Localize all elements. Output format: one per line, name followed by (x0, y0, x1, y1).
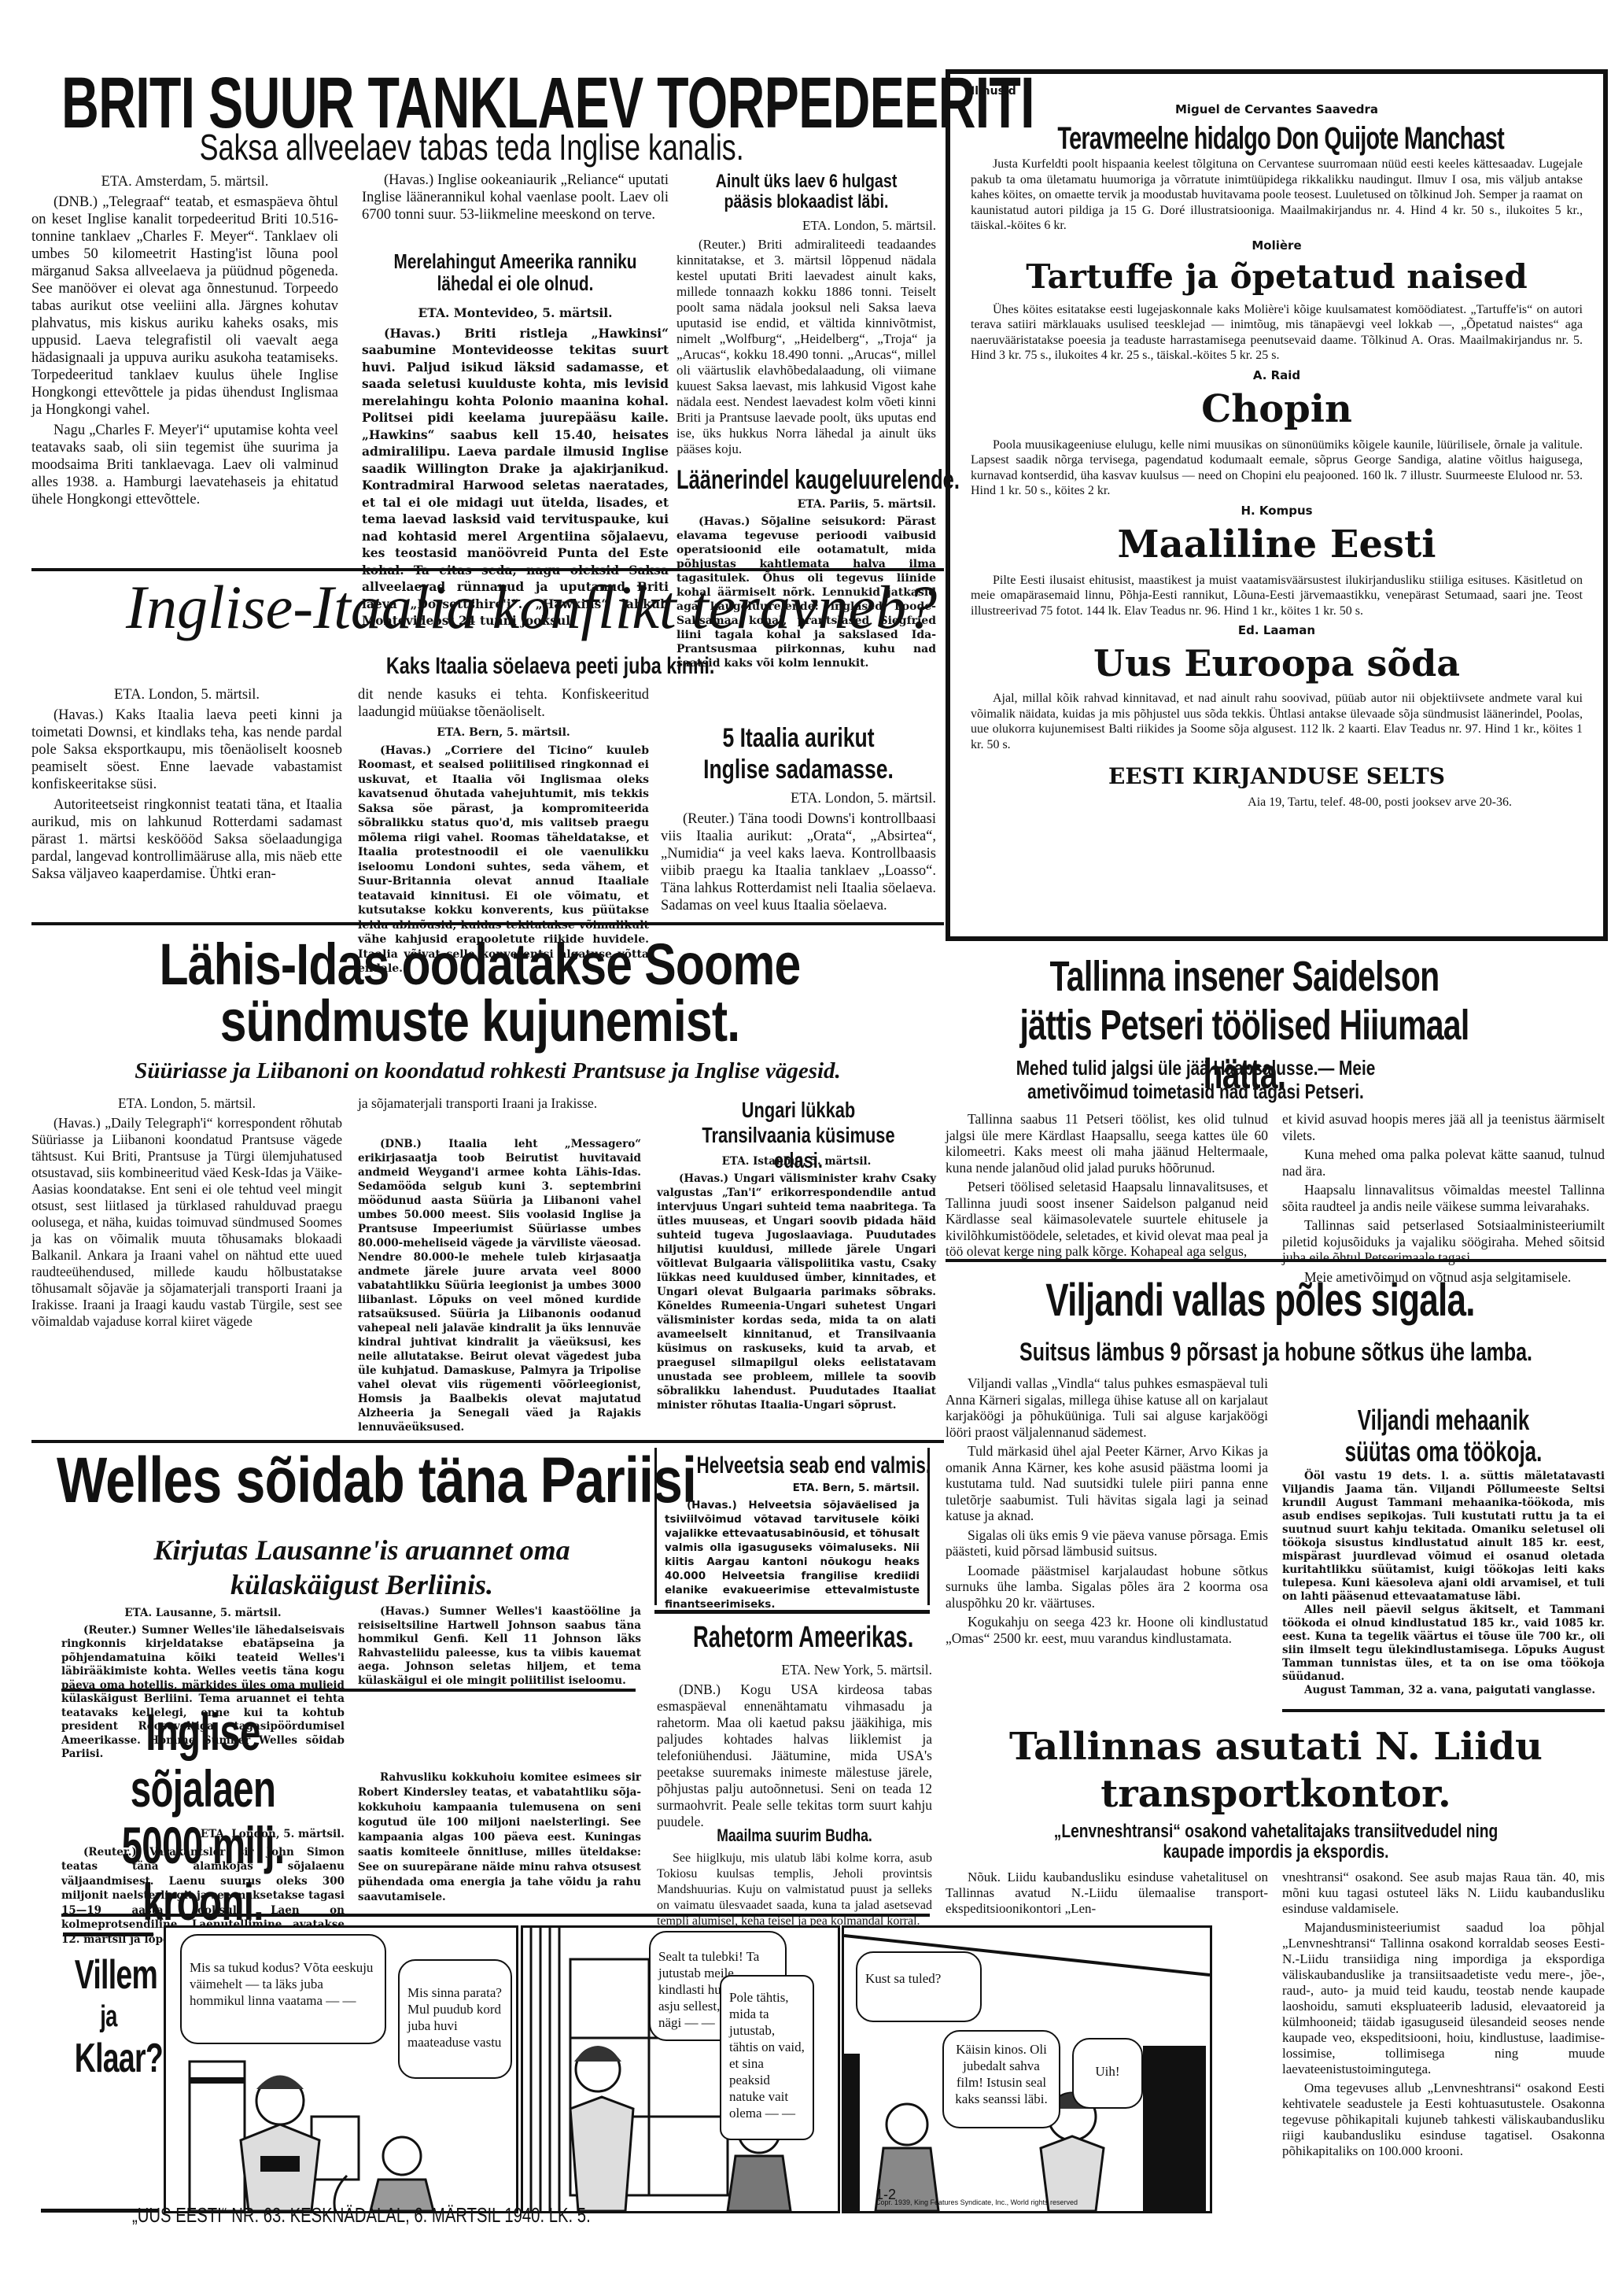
mideast-subhead: Süüriasse ja Liibanoni on koondatud rohk… (31, 1058, 944, 1084)
welles-headline: Welles sõidab täna Pariisi (57, 1448, 702, 1514)
swiss-box: Helveetsia seab end valmis. ETA. Bern, 5… (654, 1448, 930, 1605)
speech-bubble: Käisin kinos. Oli jubedalt sahva film! I… (942, 2030, 1060, 2128)
comic-panel-1: Mis sa tukud kodus? Võta eeskuju väimehe… (164, 1925, 518, 2213)
divider (31, 568, 944, 571)
montevideo-headline: Merelahingut Ameerika ranniku lähedal ei… (362, 250, 669, 294)
speech-bubble: Uih! (1072, 2038, 1143, 2109)
lead-headline: BRITI SUUR TANKLAEV TORPEDEERITI (61, 67, 927, 130)
buddha-article: See hiiglkuju, mis ulatub läbi kolme kor… (657, 1851, 932, 1929)
blockade-headline: Ainult üks laev 6 hulgast pääsis blokaad… (676, 172, 936, 212)
transport-col2: vneshtransi“ osakond. See asub majas Rau… (1282, 1870, 1605, 2162)
comic-copyright: Copr. 1939, King Features Syndicate, Inc… (876, 2198, 1078, 2206)
mechanic-article: Ööl vastu 19 dets. l. a. süttis mäletata… (1282, 1470, 1605, 1697)
ad-publisher: EESTI KIRJANDUSE SELTS (971, 763, 1583, 789)
mideast-headline: Lähis-Idas oodatakse Soome sündmuste kuj… (63, 936, 897, 1050)
ad-title: Tartuffe ja õpetatud naised (971, 257, 1583, 296)
ad-address: Aia 19, Tartu, telef. 48-00, posti jooks… (971, 795, 1583, 810)
mechanic-headline: Viljandi mehaanik süütas oma töökoja. (1282, 1405, 1605, 1467)
ad-title: Uus Euroopa sõda (971, 642, 1583, 685)
ad-title: Maaliline Eesti (971, 522, 1583, 567)
divider (61, 1689, 636, 1692)
transport-headline: Tallinnas asutati N. Liidu transportkont… (946, 1723, 1606, 1818)
lead-article: ETA. Amsterdam, 5. märtsil. (DNB.) „Tele… (31, 172, 338, 511)
warloan-article-cont: Rahvusliku kokkuhoiu komitee esimees sir… (358, 1770, 641, 1905)
divider (31, 1440, 944, 1443)
welles-subhead: Kirjutas Lausanne'is aruannet oma külask… (47, 1533, 676, 1602)
ad-author: Ed. Laaman (971, 623, 1583, 637)
hungary-article: ETA. Istanbul, 5. märtsil. (Havas.) Unga… (657, 1153, 936, 1412)
ad-title: Teravmeelne hidalgo Don Quijote Manchast (971, 121, 1583, 157)
speech-bubble: Pole tähtis, mida ta jutustab, tähtis on… (720, 1975, 814, 2140)
italy-article: ETA. London, 5. märtsil. (Havas.) Kaks I… (31, 685, 342, 886)
saidelson-subhead: Mehed tulid jalgsi üle jää Haapsalusse.—… (944, 1056, 1447, 1103)
mideast-article: ETA. London, 5. märtsil. (Havas.) „Daily… (31, 1094, 342, 1333)
italy-subhead: Kaks Itaalia söelaeva peeti juba kinni. (236, 653, 865, 680)
speech-bubble: Kust sa tuled? (856, 1951, 982, 2022)
blockade-article: ETA. London, 5. märtsil. (Reuter.) Briti… (676, 216, 936, 460)
divider (61, 1914, 930, 1917)
page-footer: „UUS EESTI“ NR. 63. KESKNÄDALAL, 6. MÄRT… (132, 2203, 720, 2228)
viljandi-subhead: Suitsus lämbus 9 põrsast ja hobune sõtku… (946, 1338, 1606, 1367)
saidelson-col1: Tallinna saabus 11 Petseri töölist, kes … (946, 1111, 1268, 1263)
divider (63, 1932, 153, 1936)
comic-title: Villem ja Klaar? (61, 1951, 156, 2082)
hailstorm-article: ETA. New York, 5. märtsil. (DNB.) Kogu U… (657, 1660, 932, 1833)
comic-panel-3: 1-2 Kust sa tuled? Käisin kinos. Oli jub… (842, 1925, 1212, 2213)
divider (946, 1259, 1606, 1262)
westfront-headline: Läänerindel kaugeluurelende. (676, 466, 944, 494)
lead-subhead: Saksa allveelaev tabas teda Inglise kana… (118, 126, 826, 168)
divider (654, 1610, 930, 1614)
italy-headline: Inglise-Itaalia konflikt teravneb? (126, 573, 912, 642)
divider (31, 922, 944, 925)
ad-title: Chopin (971, 387, 1583, 431)
comic-panel-2: Sealt ta tulebki! Ta jutustab meile kind… (521, 1925, 840, 2213)
mideast-article-cont: ja sõjamaterjali transporti Iraani ja Ir… (358, 1095, 641, 1115)
buddha-headline: Maailma suurim Budha. (657, 1825, 932, 1846)
italy-ships-headline: 5 Itaalia aurikut Inglise sadamasse. (661, 722, 936, 785)
mideast-dnb-article: (DNB.) Itaalia leht „Messagero“ erikirja… (358, 1137, 641, 1434)
comic-figure-woman-icon (166, 1928, 516, 2211)
ad-author: Miguel de Cervantes Saavedra (971, 102, 1583, 116)
italy-article-cont: dit nende kasuks ei tehta. Konfiskeeritu… (358, 686, 649, 724)
transport-subhead: „Lenvneshtransi“ osakond vahetalitajaks … (946, 1822, 1606, 1862)
ad-author: Molière (971, 238, 1583, 253)
viljandi-article: Viljandi vallas „Vindla“ talus puhkes es… (946, 1375, 1268, 1649)
hailstorm-headline: Rahetorm Ameerikas. (654, 1621, 930, 1654)
book-advertisement: Ilmusid Miguel de Cervantes Saavedra Ter… (946, 69, 1608, 941)
reliance-article: (Havas.) Inglise ookeaniaurik „Reliance“… (362, 172, 669, 227)
divider (1282, 1709, 1605, 1712)
swiss-article: ETA. Bern, 5. märtsil. (Havas.) Helveets… (665, 1481, 920, 1611)
ad-author: H. Kompus (971, 504, 1583, 518)
italy-ships-article: ETA. London, 5. märtsil. (Reuter.) Täna … (661, 788, 936, 917)
ad-author: A. Raid (971, 368, 1583, 382)
transport-col1: Nõuk. Liidu kaubandusliku esinduse vahet… (946, 1870, 1268, 1920)
viljandi-headline: Viljandi vallas põles sigala. (946, 1276, 1575, 1325)
welles-article-cont: (Havas.) Sumner Welles'i kaastööline ja … (358, 1605, 641, 1688)
ad-label: Ilmusid (971, 85, 1583, 98)
